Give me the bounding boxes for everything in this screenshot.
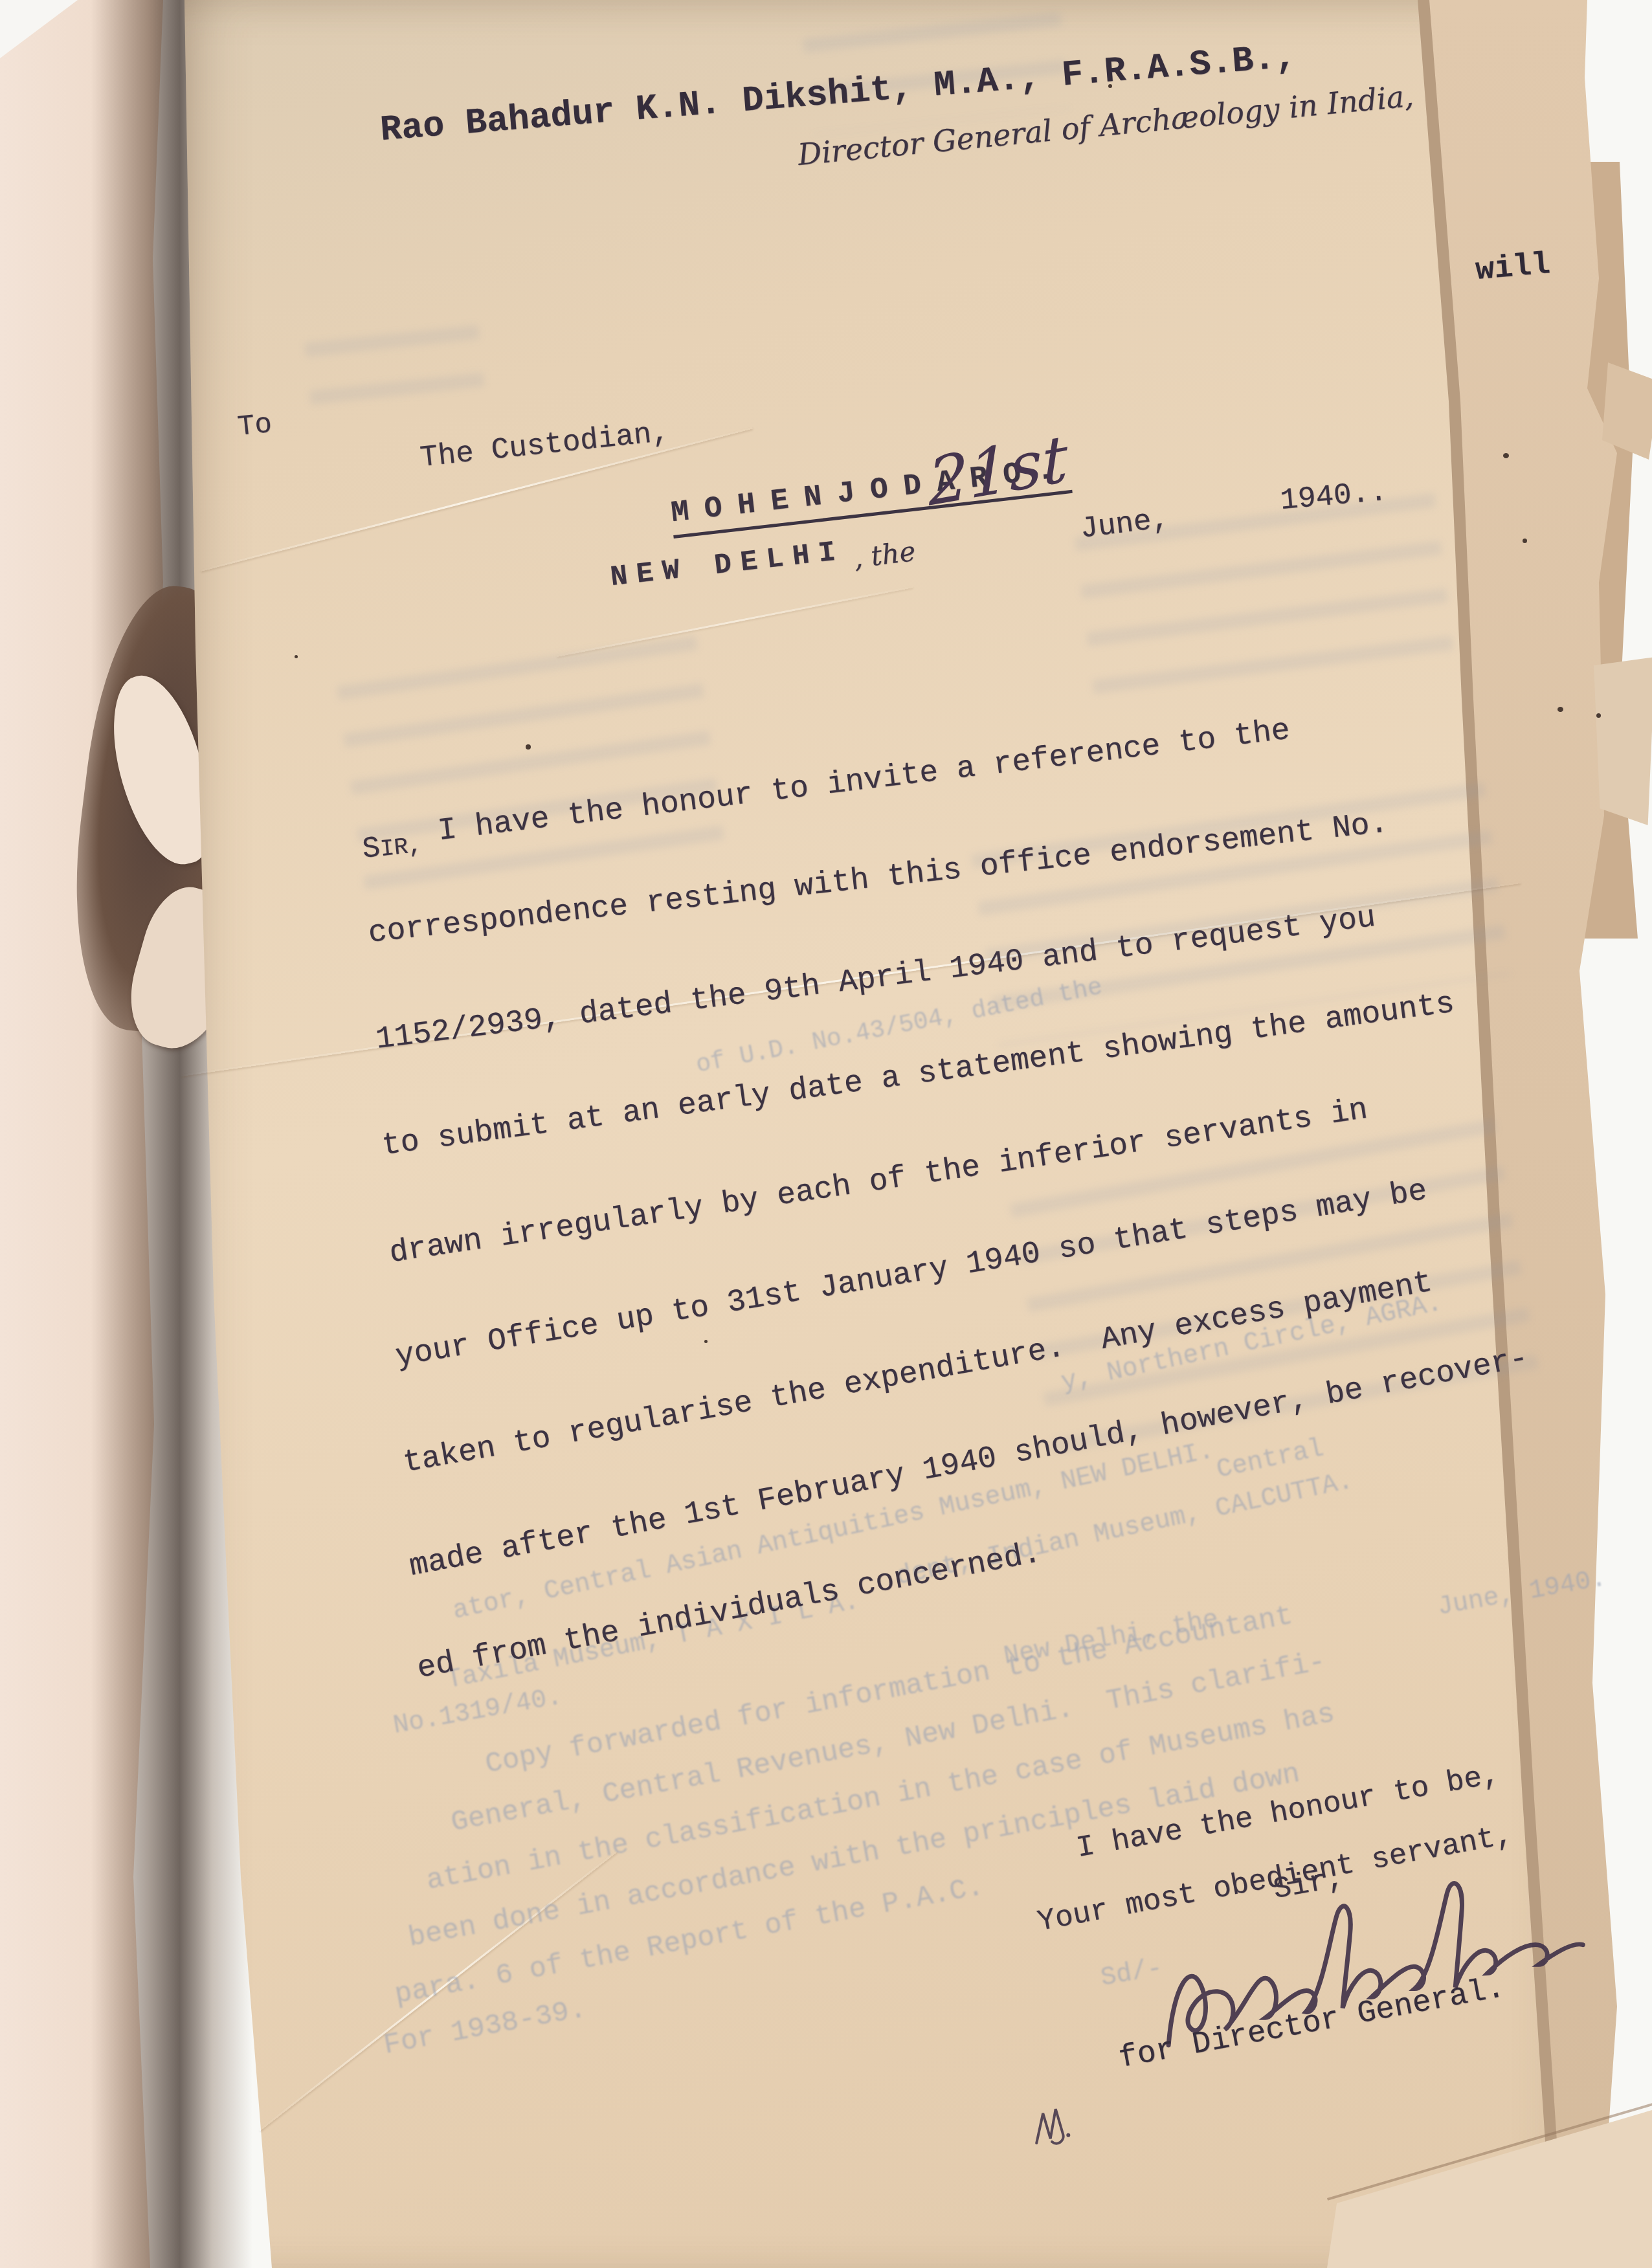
salutation-smallcaps: IR, [379, 832, 423, 863]
ink-speck [526, 744, 531, 750]
ink-speck [1503, 453, 1509, 458]
underlying-page-word: will [1474, 247, 1551, 289]
address-to-label: To [236, 408, 274, 444]
initials-mark [1028, 2101, 1078, 2157]
ink-speck [295, 655, 298, 658]
ink-speck [704, 1340, 708, 1343]
scanned-letter-page: will of U.D. No.43/504, dated the y, Nor… [0, 0, 1652, 2268]
ink-speck [1596, 713, 1601, 718]
ink-speck [1523, 539, 1527, 543]
salutation: SIR, [286, 794, 427, 907]
torn-edge-chunk [1594, 657, 1652, 825]
ink-speck [1557, 707, 1563, 712]
ink-speck [1108, 84, 1112, 88]
